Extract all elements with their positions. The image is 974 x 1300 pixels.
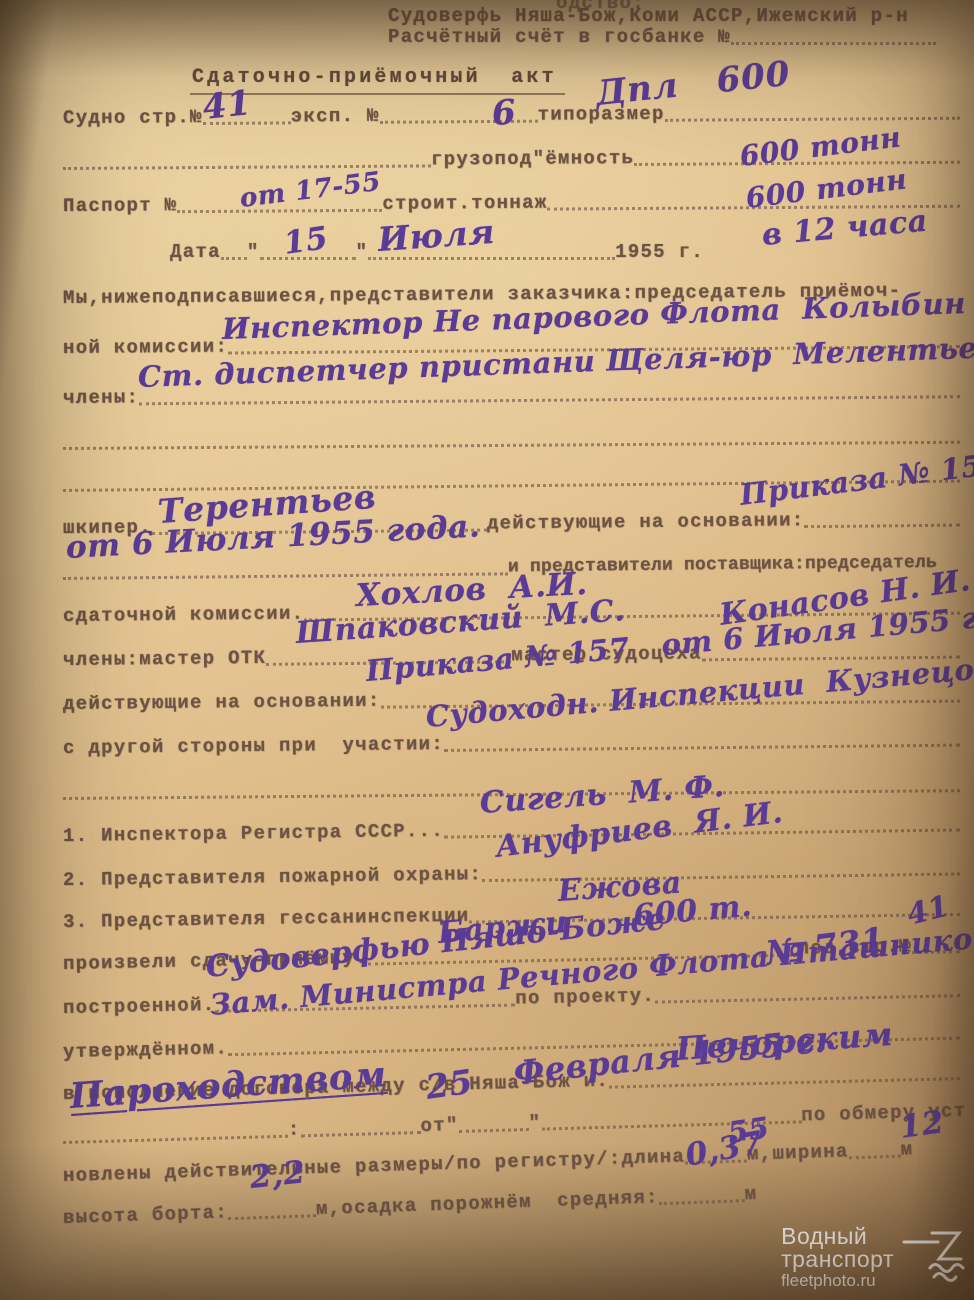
members-label: члены: [63, 385, 139, 410]
letterhead-account: Расчётный счёт в госбанке № [388, 25, 936, 51]
account-label: Расчётный счёт в госбанке № [388, 25, 731, 49]
from-quote-label: от" [420, 1113, 459, 1138]
watermark-line-2: транспорт [781, 1248, 894, 1272]
date-label: Дата [170, 240, 221, 264]
hw-day: 15 [281, 220, 330, 262]
quote-close: " [356, 240, 369, 264]
acting-basis-label: действующие на основании: [487, 508, 805, 535]
dotted-leader [63, 441, 960, 450]
quote-open: " [247, 240, 260, 264]
dotted-leader [609, 1077, 960, 1089]
year-label: 1955 г. [615, 240, 704, 264]
dotted-leader [228, 1214, 316, 1220]
hw-board-height: 2,2 [248, 1154, 307, 1196]
approved-by-label: утверждённом. [63, 1036, 229, 1064]
dotted-leader [804, 524, 960, 529]
watermark-text: Водный транспорт fleetphoto.ru [781, 1225, 894, 1290]
dotted-leader [659, 1199, 745, 1205]
meters-label-2: м [744, 1182, 758, 1206]
item-1-label: 1. Инспектора Регистра СССР... [63, 819, 444, 848]
hw-day-25: 25 [423, 1062, 475, 1107]
dotted-leader [177, 209, 382, 213]
watermark: Водный транспорт fleetphoto.ru [781, 1225, 966, 1290]
ship-wave-logo-icon [902, 1226, 966, 1289]
dotted-leader [459, 1128, 529, 1133]
dotted-leader [731, 42, 936, 45]
board-height-label: высота борта: [63, 1200, 229, 1230]
item-2-label: 2. Представителя пожарной охраны: [63, 862, 482, 892]
build-tonnage-label: строит.тоннаж [382, 191, 547, 216]
watermark-line-1: Водный [781, 1225, 894, 1249]
dotted-leader [63, 1135, 288, 1144]
commission-label: ной комиссии: [63, 335, 228, 360]
row-participation: с другой стороны при участии: [63, 727, 960, 762]
hw-build-no: 41 [201, 83, 253, 128]
draft-label: м,осадка порожнём средняя: [316, 1185, 660, 1221]
otk-master-label: члены:мастер ОТК [63, 646, 266, 672]
hw-width: 12 [897, 1104, 946, 1146]
hw-month: Июля [377, 212, 496, 259]
vessel-label: Судно стр.№ [63, 105, 203, 130]
dotted-leader [655, 994, 960, 1003]
dotted-leader [849, 1155, 901, 1160]
dotted-leader [139, 395, 960, 405]
quote-label: " [528, 1111, 541, 1135]
participation-label: с другой стороны при участии: [63, 732, 444, 760]
dotted-leader [444, 744, 960, 752]
watermark-site: fleetphoto.ru [781, 1272, 894, 1290]
hw-eksp-no: 6 [491, 92, 518, 134]
row-blank-1 [63, 424, 960, 456]
dimensions-label: новлены действительные размеры/по регист… [63, 1144, 686, 1188]
colon-label: : [288, 1117, 301, 1141]
dotted-leader [368, 257, 615, 260]
delivery-commission-label: сдаточной комиссии. [63, 601, 305, 628]
built-by-label: построенной. [63, 993, 216, 1020]
dotted-leader [482, 872, 960, 882]
eksp-label: эксп. № [291, 104, 380, 129]
dotted-leader [665, 117, 960, 122]
hw-order-1: Приказа № 157 [738, 446, 974, 512]
capacity-label: грузопод"ёмность [431, 146, 634, 171]
acting-basis-2-label: действующие на основании: [63, 689, 381, 716]
dotted-leader [221, 257, 247, 260]
document-photo: одство: Судоверфь Няша-Бож,Коми АССР,Иже… [0, 0, 974, 1300]
passport-label: Паспорт № [63, 193, 177, 218]
dotted-leader [301, 1131, 421, 1137]
